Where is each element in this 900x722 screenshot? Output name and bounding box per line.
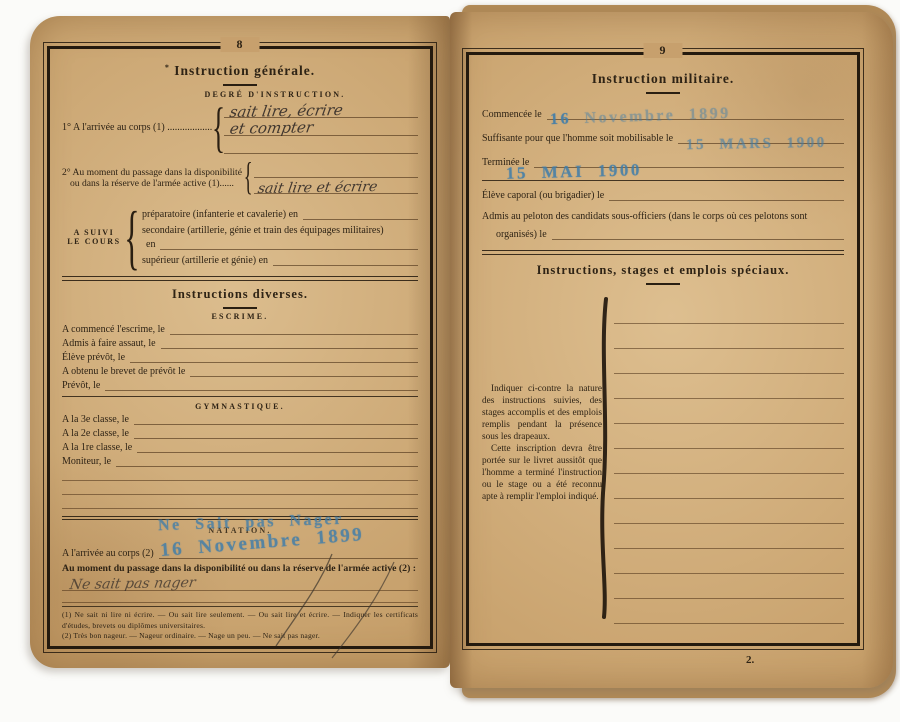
ruled-line [614, 349, 844, 374]
ruled-line: sait lire et écrire [254, 178, 418, 194]
natation-section: NATATION. A l'arrivée au corps (2) Au mo… [62, 526, 418, 603]
form-row-label: Commencée le [482, 109, 542, 120]
brace-glyph: { [126, 203, 138, 270]
section-divider [482, 250, 844, 255]
form-row-label: A la 1re classe, le [62, 442, 132, 453]
form-row-label: Prévôt, le [62, 380, 100, 391]
ruled-line [534, 156, 844, 168]
form-row-label: A obtenu le brevet de prévôt le [62, 366, 185, 377]
ruled-line [170, 323, 418, 335]
ruled-line: sait lire, écrire [224, 100, 418, 118]
ruled-line [134, 427, 418, 439]
section-divider [62, 276, 418, 281]
ruled-line [614, 324, 844, 349]
footnote: (2) Très bon nageur. — Nageur ordinaire.… [62, 631, 418, 642]
form-row-passage-reserve: 2° Au moment du passage dans la disponib… [62, 161, 418, 195]
booklet-page-left: 8 * Instruction générale. DEGRÉ D'INSTRU… [30, 16, 450, 668]
ruled-line [614, 374, 844, 399]
ruled-line [116, 455, 418, 467]
cours-item: préparatoire (infanterie et cavalerie) e… [142, 209, 298, 220]
form-row-arrivee-corps: 1° A l'arrivée au corps (1) ............… [62, 100, 418, 154]
ruled-line [614, 599, 844, 624]
page-frame: 8 * Instruction générale. DEGRÉ D'INSTRU… [47, 46, 433, 649]
ruled-line [130, 351, 418, 363]
ruled-line [62, 591, 418, 603]
ruled-line [614, 549, 844, 574]
handwriting-entry: sait lire et écrire [257, 179, 379, 197]
form-row-label: Terminée le [482, 157, 529, 168]
ruled-line [159, 547, 418, 559]
ruled-line [614, 574, 844, 599]
form-row-label: 1° A l'arrivée au corps (1) ............… [62, 122, 212, 133]
escrime-header: ESCRIME. [62, 312, 418, 321]
form-row-label: organisés) le [496, 229, 547, 240]
ruled-line [190, 365, 418, 377]
ruled-line [62, 495, 418, 509]
ruled-line [273, 254, 418, 266]
cours-label: A SUIVI [62, 228, 126, 237]
ruled-line [614, 474, 844, 499]
page-title: Instruction militaire. [482, 71, 844, 87]
booklet-page-right: 9 Instruction militaire. Commencée le Su… [450, 12, 893, 688]
cours-item: en [146, 239, 155, 250]
ruled-line: et compter [224, 118, 418, 136]
ruled-line [161, 337, 418, 349]
ruled-line [224, 136, 418, 154]
ruled-line [134, 413, 418, 425]
ruled-line [678, 132, 844, 144]
ruled-line [614, 499, 844, 524]
form-row-label: Moniteur, le [62, 456, 111, 467]
gymnastique-header: GYMNASTIQUE. [62, 402, 418, 411]
ruled-line [547, 108, 844, 120]
ruled-line [160, 238, 418, 250]
page-number: 9 [644, 43, 683, 58]
handwriting-entry: Ne sait pas nager [69, 575, 197, 593]
ruled-line: Ne sait pas nager [62, 574, 418, 591]
ruled-line [254, 162, 418, 178]
ruled-line [614, 449, 844, 474]
side-note-paragraph: Cette inscription devra être portée sur … [482, 443, 602, 503]
form-row-label: Admis à faire assaut, le [62, 338, 156, 349]
footnote-block: (1) Ne sait ni lire ni écrire. — Ou sait… [62, 606, 418, 642]
title-underline [646, 92, 680, 94]
cours-item: supérieur (artillerie et génie) en [142, 255, 268, 266]
section-divider [482, 180, 844, 181]
form-row-label: Élève caporal (ou brigadier) le [482, 190, 604, 201]
page-frame: 9 Instruction militaire. Commencée le Su… [466, 52, 860, 646]
ruled-line [614, 299, 844, 324]
title-underline [223, 307, 257, 309]
stages-entry-area: Indiquer ci-contre la nature des instruc… [482, 299, 844, 617]
title-asterisk-mark: * [165, 63, 170, 72]
footnote: (1) Ne sait ni lire ni écrire. — Ou sait… [62, 610, 418, 631]
ruled-line [609, 189, 844, 201]
side-note-paragraph: Indiquer ci-contre la nature des instruc… [482, 383, 602, 443]
form-row-label: Élève prévôt, le [62, 352, 125, 363]
ruled-line [303, 208, 418, 220]
bottom-page-number: 2. [746, 654, 754, 666]
form-row-label: A la 3e classe, le [62, 414, 129, 425]
title-underline [646, 283, 680, 285]
section-title-stages-emplois: Instructions, stages et emplois spéciaux… [482, 263, 844, 278]
side-note: Indiquer ci-contre la nature des instruc… [482, 383, 602, 504]
ruled-line [614, 424, 844, 449]
form-row-label: Au moment du passage dans la disponibili… [62, 563, 418, 574]
brace-glyph: { [242, 161, 254, 195]
page-number: 8 [221, 37, 260, 52]
cours-item: secondaire (artillerie, génie et train d… [142, 225, 418, 236]
form-row-label: A commencé l'escrime, le [62, 324, 165, 335]
form-row-label: Suffisante pour que l'homme soit mobilis… [482, 133, 673, 144]
cours-label: LE COURS [62, 237, 126, 246]
brace-glyph: { [212, 102, 224, 153]
degree-header: DEGRÉ D'INSTRUCTION. [132, 90, 418, 99]
section-divider [62, 396, 418, 397]
title-underline [223, 84, 257, 86]
form-row-label: ou dans la réserve de l'armée active (1)… [70, 178, 242, 189]
handwriting-entry: et compter [229, 118, 315, 137]
ruled-line [552, 228, 844, 240]
form-row-label: A l'arrivée au corps (2) [62, 548, 154, 559]
form-row-label: A la 2e classe, le [62, 428, 129, 439]
ruled-line [62, 481, 418, 495]
section-title-instructions-diverses: Instructions diverses. [62, 287, 418, 302]
cours-section: A SUIVI LE COURS { préparatoire (infante… [62, 203, 418, 270]
ruled-line [105, 379, 418, 391]
ruled-line [614, 399, 844, 424]
ruled-line [137, 441, 418, 453]
ruled-line [62, 467, 418, 481]
form-row-label: Admis au peloton des candidats sous-offi… [482, 211, 844, 222]
section-divider [62, 516, 418, 521]
page-title: * Instruction générale. [62, 63, 418, 79]
form-row-label: 2° Au moment du passage dans la disponib… [62, 167, 242, 178]
ruled-line [614, 524, 844, 549]
natation-header: NATATION. [62, 526, 418, 535]
